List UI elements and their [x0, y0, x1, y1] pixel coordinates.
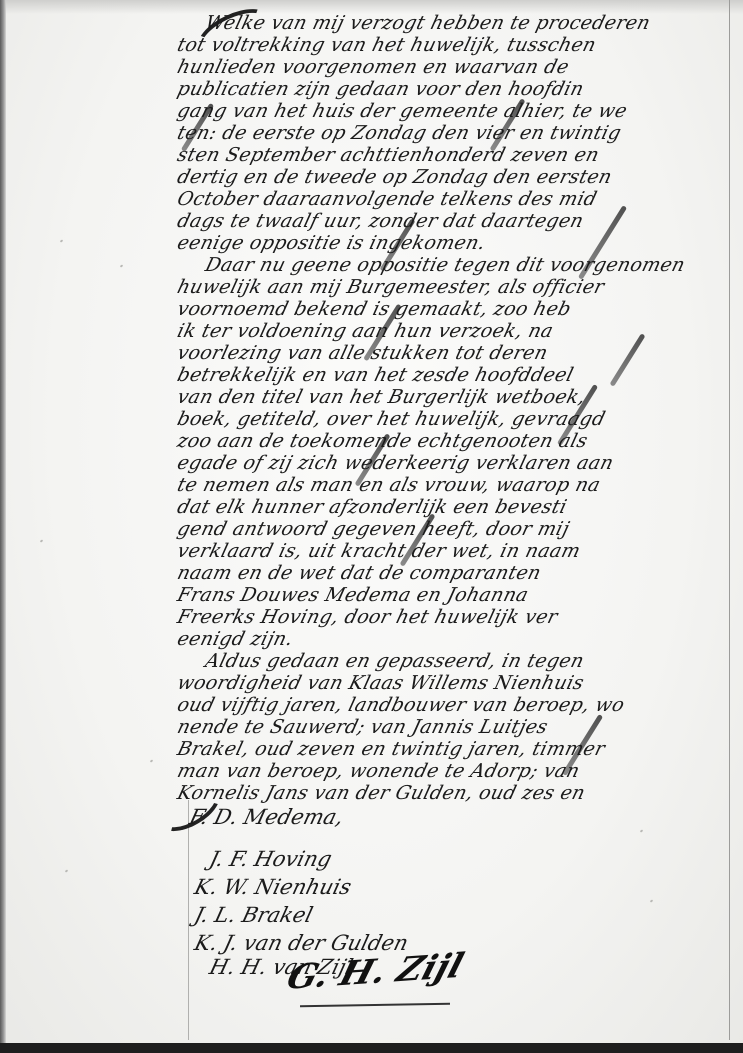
text-line: betrekkelijk en van het zesde hoofddeel	[175, 364, 576, 386]
text-line: ten: de eerste op Zondag den vier en twi…	[175, 122, 624, 144]
paper-speck	[650, 899, 654, 902]
text-line: naam en de wet dat de comparanten	[175, 562, 543, 584]
pen-stroke	[609, 333, 645, 387]
text-line: oud vijftig jaren, landbouwer van beroep…	[175, 694, 627, 716]
text-line: zoo aan de toekomende echtgenooten als	[175, 430, 590, 452]
text-line: te nemen als man en als vrouw, waarop na	[175, 474, 603, 496]
text-line: man van beroep, wonende te Adorp; van	[175, 760, 582, 782]
paper-speck	[150, 759, 154, 762]
signature-witness-2: J. L. Brakel	[192, 903, 315, 927]
text-line: Daar nu geene oppositie tegen dit voorge…	[203, 254, 687, 276]
text-line: huwelijk aan mij Burgemeester, als offic…	[175, 276, 607, 298]
paper-speck	[640, 829, 644, 832]
text-line: voornoemd bekend is gemaakt, zoo heb	[175, 298, 573, 320]
paper-speck	[120, 264, 124, 267]
text-line: sten September achttienhonderd zeven en	[175, 144, 602, 166]
text-line: eenige oppositie is ingekomen.	[175, 232, 488, 254]
signature-groom: F. D. Medema,	[187, 805, 346, 829]
text-line: gend antwoord gegeven heeft, door mij	[175, 518, 572, 540]
text-line: egade of zij zich wederkeerig verklaren …	[175, 452, 616, 474]
text-line: Freerks Hoving, door het huwelijk ver	[175, 606, 560, 628]
text-line: woordigheid van Klaas Willems Nienhuis	[175, 672, 586, 694]
right-margin-rule	[729, 0, 730, 1040]
text-line: nende te Sauwerd; van Jannis Luitjes	[175, 716, 550, 738]
text-line: tot voltrekking van het huwelijk, tussch…	[175, 34, 598, 56]
paper-speck	[40, 539, 44, 542]
paper-speck	[65, 869, 69, 872]
signature-bride: J. F. Hoving	[207, 847, 334, 871]
scan-bottom-edge	[0, 1043, 743, 1053]
text-line: gang van het huis der gemeente alhier, t…	[175, 100, 630, 122]
text-line: October daaraanvolgende telkens des mid	[175, 188, 599, 210]
text-line: Kornelis Jans van der Gulden, oud zes en	[175, 782, 588, 804]
text-line: hunlieden voorgenomen en waarvan de	[175, 56, 571, 78]
text-line: van den titel van het Burgerlijk wetboek…	[175, 386, 588, 408]
text-line: ik ter voldoening aan hun verzoek, na	[175, 320, 556, 342]
text-line: Frans Douwes Medema en Johanna	[175, 584, 531, 606]
text-line: publicatien zijn gedaan voor den hoofdin	[175, 78, 586, 100]
text-line: boek, getiteld, over het huwelijk, gevra…	[175, 408, 608, 430]
text-line: Welke van mij verzogt hebben te proceder…	[203, 12, 653, 34]
text-line: Brakel, oud zeven en twintig jaren, timm…	[175, 738, 607, 760]
signature-underline	[300, 1003, 450, 1008]
left-margin-rule	[188, 800, 189, 1040]
binding-edge	[0, 0, 6, 1053]
text-line: dertig en de tweede op Zondag den eerste…	[175, 166, 614, 188]
text-line: eenigd zijn.	[175, 628, 296, 650]
text-line: Aldus gedaan en gepasseerd, in tegen	[203, 650, 586, 672]
text-line: voorlezing van alle stukken tot deren	[175, 342, 550, 364]
document-page: Welke van mij verzogt hebben te proceder…	[0, 0, 743, 1053]
text-line: dags te twaalf uur, zonder dat daartegen	[175, 210, 586, 232]
signature-witness-1: K. W. Nienhuis	[192, 875, 354, 899]
paper-speck	[60, 239, 64, 242]
text-line: dat elk hunner afzonderlijk een bevesti	[175, 496, 569, 518]
text-line: verklaard is, uit kracht der wet, in naa…	[175, 540, 583, 562]
